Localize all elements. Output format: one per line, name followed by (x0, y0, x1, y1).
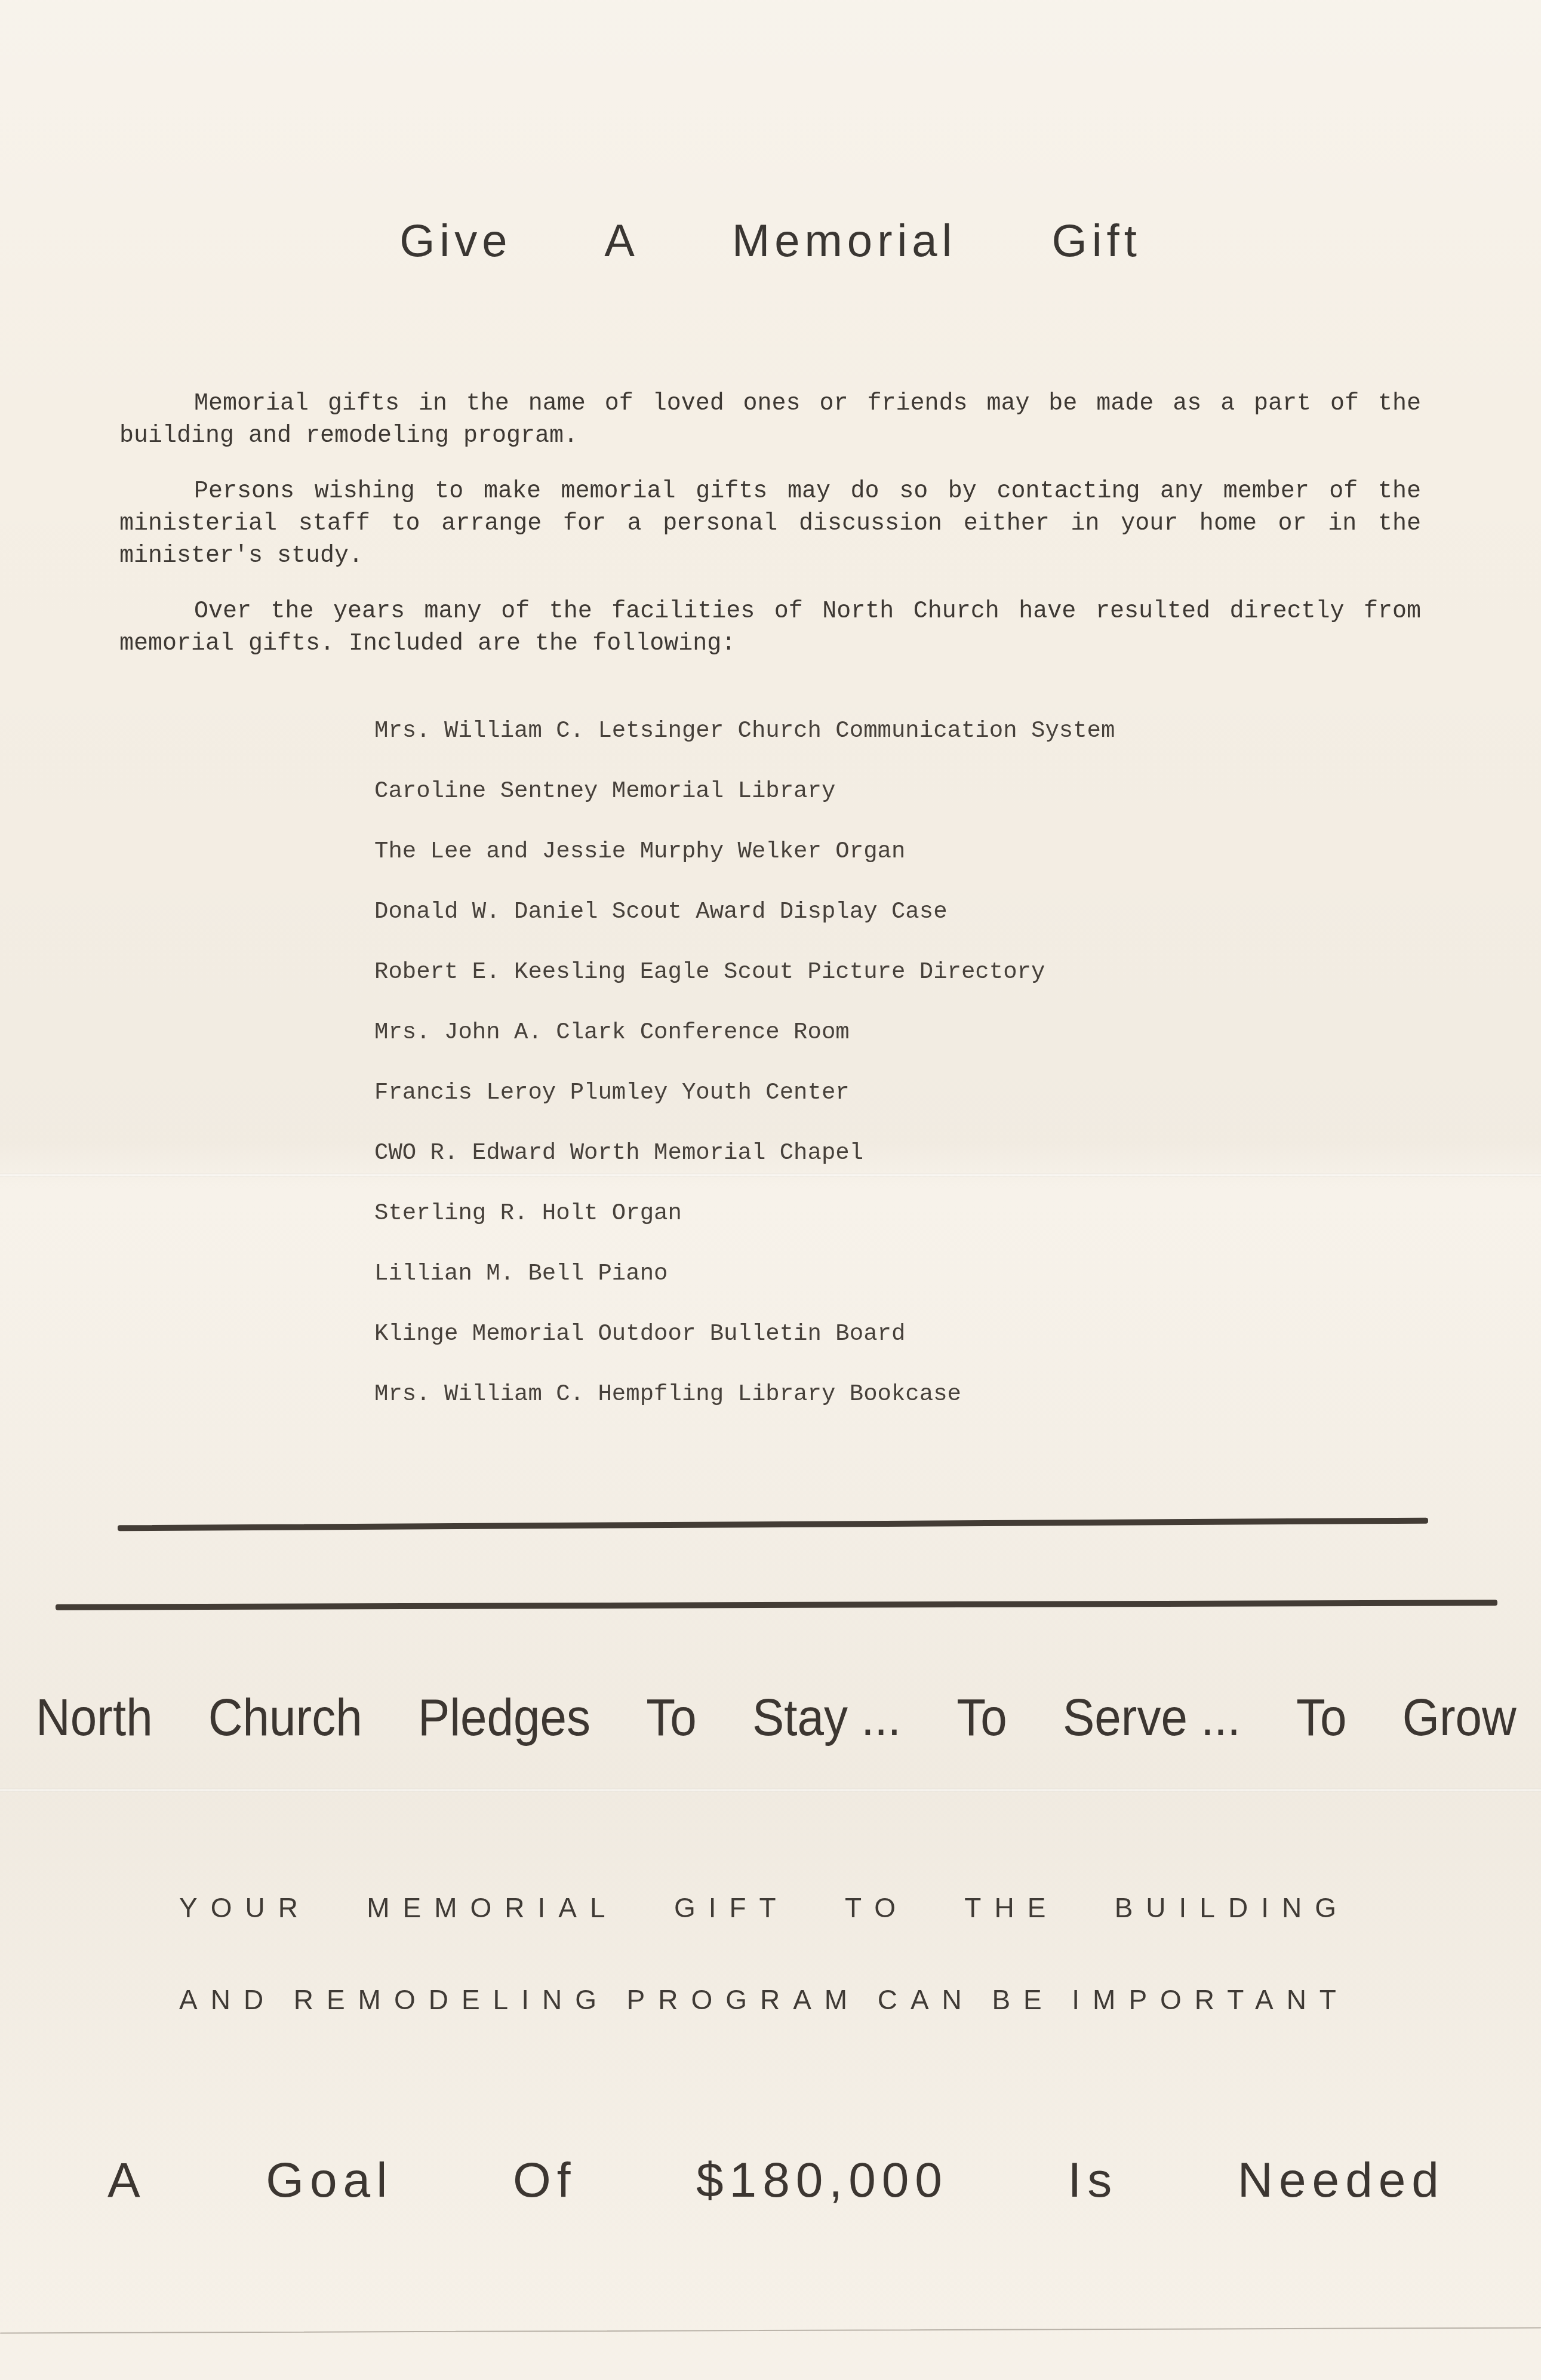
goal-statement: A Goal Of $180,000 Is Needed (107, 2153, 1445, 2209)
appeal-word: YOUR (179, 1892, 311, 1924)
paragraph-text: Over the years many of the facilities of… (119, 598, 1421, 657)
list-item: Robert E. Keesling Eagle Scout Picture D… (374, 958, 1115, 1018)
appeal-word: BUILDING (1115, 1892, 1349, 1924)
fold-crease (0, 1788, 1541, 1792)
goal-word: Needed (1238, 2153, 1445, 2209)
appeal-word: MEMORIAL (367, 1892, 618, 1924)
history-paragraph: Over the years many of the facilities of… (119, 596, 1421, 660)
list-item: Sterling R. Holt Organ (374, 1199, 1115, 1259)
slogan-word: To (1296, 1687, 1347, 1747)
appeal-word: PROGRAM (626, 1984, 860, 2016)
goal-word: Goal (266, 2153, 393, 2209)
paragraph-text: Memorial gifts in the name of loved ones… (119, 390, 1421, 450)
slogan-word: Serve ... (1063, 1687, 1241, 1747)
slogan-word: North (36, 1687, 153, 1747)
list-item: CWO R. Edward Worth Memorial Chapel (374, 1139, 1115, 1199)
goal-word: Of (513, 2153, 577, 2209)
slogan-banner: North Church Pledges To Stay ... To Serv… (36, 1687, 1517, 1747)
appeal-word: TO (845, 1892, 909, 1924)
slogan-word: To (646, 1687, 697, 1747)
appeal-word: THE (964, 1892, 1059, 1924)
slogan-word: Pledges (418, 1687, 590, 1747)
list-item: Francis Leroy Plumley Youth Center (374, 1078, 1115, 1139)
appeal-word: GIFT (674, 1892, 789, 1924)
list-item: Mrs. John A. Clark Conference Room (374, 1018, 1115, 1078)
slogan-word: To (956, 1687, 1007, 1747)
appeal-line-1: YOUR MEMORIAL GIFT TO THE BUILDING (179, 1892, 1349, 1924)
slogan-word: Stay ... (752, 1687, 901, 1747)
list-item: Klinge Memorial Outdoor Bulletin Board (374, 1320, 1115, 1380)
appeal-word: BE (992, 1984, 1054, 2016)
memorial-list: Mrs. William C. Letsinger Church Communi… (374, 717, 1115, 1440)
appeal-word: AND (179, 1984, 276, 2016)
appeal-word: CAN (878, 1984, 975, 2016)
goal-word: A (107, 2153, 146, 2209)
list-item: Mrs. William C. Letsinger Church Communi… (374, 717, 1115, 777)
slogan-word: Grow (1402, 1687, 1517, 1747)
list-item: Caroline Sentney Memorial Library (374, 777, 1115, 837)
page-title: Give A Memorial Gift (0, 215, 1541, 267)
appeal-word: IMPORTANT (1072, 1984, 1349, 2016)
list-item: Lillian M. Bell Piano (374, 1259, 1115, 1320)
paragraph-text: Persons wishing to make memorial gifts m… (119, 478, 1421, 570)
appeal-line-2: AND REMODELING PROGRAM CAN BE IMPORTANT (179, 1984, 1349, 2016)
goal-word: Is (1068, 2153, 1118, 2209)
slogan-word: Church (208, 1687, 362, 1747)
goal-amount: $180,000 (696, 2153, 948, 2209)
list-item: Donald W. Daniel Scout Award Display Cas… (374, 897, 1115, 958)
list-item: Mrs. William C. Hempfling Library Bookca… (374, 1380, 1115, 1440)
appeal-word: REMODELING (294, 1984, 610, 2016)
contact-paragraph: Persons wishing to make memorial gifts m… (119, 476, 1421, 573)
intro-paragraph: Memorial gifts in the name of loved ones… (119, 388, 1421, 453)
list-item: The Lee and Jessie Murphy Welker Organ (374, 837, 1115, 897)
